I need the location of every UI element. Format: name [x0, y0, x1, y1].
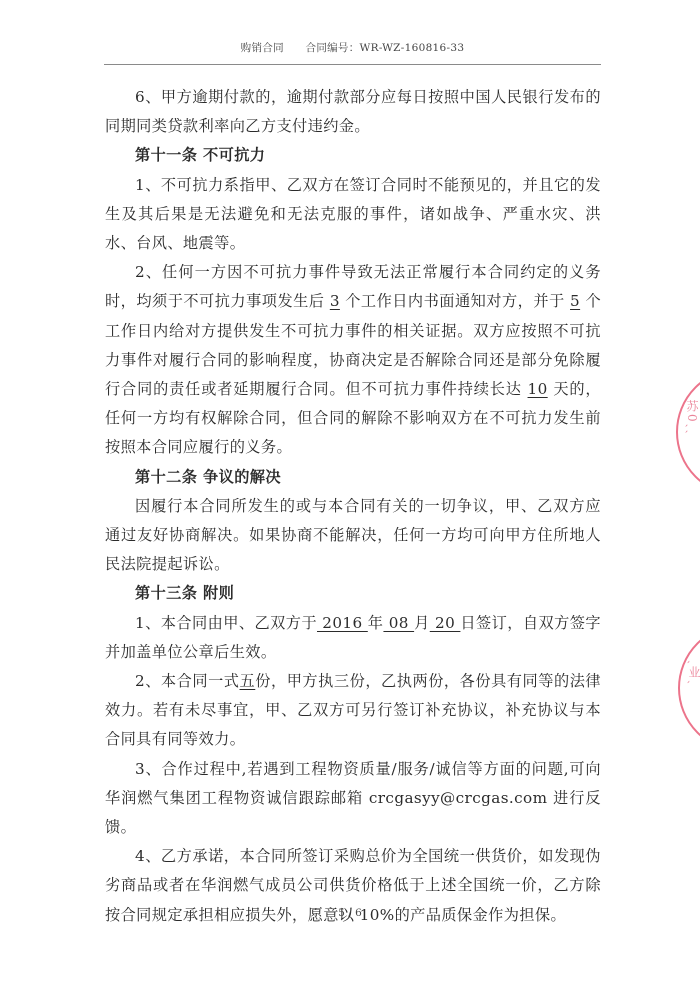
evidence-days-value: 5	[570, 292, 580, 310]
paragraph-force-majeure-notice: 2、任何一方因不可抗力事件导致无法正常履行本合同约定的义务时，均须于不可抗力事项…	[105, 258, 601, 462]
contract-body: 6、甲方逾期付款的，逾期付款部分应每日按照中国人民银行发布的同期同类贷款利率向乙…	[105, 83, 601, 930]
red-seal-stamp-2	[678, 624, 700, 752]
notice-days-value: 3	[330, 292, 340, 310]
text-segment: 月	[414, 614, 430, 632]
header-divider	[104, 64, 601, 65]
heading-article-13: 第十三条 附则	[105, 579, 601, 608]
seal-1-text: 苏0ˎˎ	[684, 400, 700, 436]
paragraph-copies: 2、本合同一式五份，甲方执三份，乙执两份，各份具有同等的法律效力。若有未尽事宜，…	[105, 667, 601, 755]
paragraph-dispute-resolution: 因履行本合同所发生的或与本合同有关的一切争议，甲、乙双方应通过友好协商解决。如果…	[105, 492, 601, 580]
text-segment: 1、本合同由甲、乙双方于	[135, 614, 317, 632]
heading-article-12: 第十二条 争议的解决	[105, 463, 601, 492]
contract-number-label: 合同编号：	[306, 42, 360, 54]
sign-year: 2016	[317, 614, 368, 632]
sign-day: 20	[430, 614, 461, 632]
heading-article-11: 第十一条 不可抗力	[105, 141, 601, 170]
document-title: 购销合同	[241, 42, 284, 54]
paragraph-late-payment: 6、甲方逾期付款的，逾期付款部分应每日按照中国人民银行发布的同期同类贷款利率向乙…	[105, 83, 601, 141]
contract-number: WR-WZ-160816-33	[360, 42, 465, 54]
paragraph-effective-date: 1、本合同由甲、乙双方于 2016 年 08 月 20 日签订，自双方签字并加盖…	[105, 609, 601, 667]
sign-month: 08	[383, 614, 414, 632]
text-segment: 个工作日内书面通知对方，并于	[345, 292, 564, 310]
page-number: 5 / 6	[0, 907, 700, 919]
paragraph-feedback-email: 3、合作过程中,若遇到工程物资质量/服务/诚信等方面的问题,可向华润燃气集团工程…	[105, 755, 601, 843]
page-header: 购销合同 合同编号：WR-WZ-160816-33	[105, 40, 600, 62]
copies-count: 五	[240, 672, 256, 690]
paragraph-force-majeure-definition: 1、不可抗力系指甲、乙双方在签订合同时不能预见的，并且它的发生及其后果是无法避免…	[105, 171, 601, 259]
seal-2-text: ˎ业ˎ	[686, 660, 700, 686]
max-days-value: 10	[528, 380, 548, 398]
text-segment: 2、本合同一式	[135, 672, 240, 690]
text-segment: 年	[368, 614, 384, 632]
